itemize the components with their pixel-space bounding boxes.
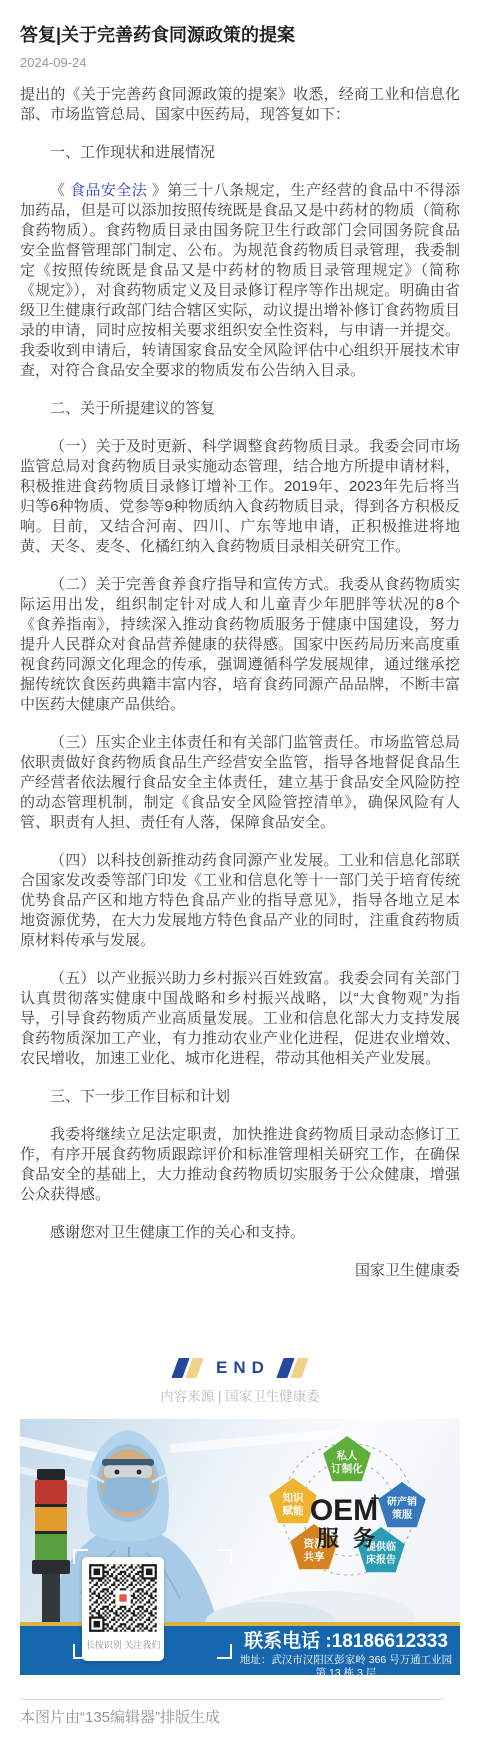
pentagon-badge-3: 研产销 策服 xyxy=(378,1482,426,1527)
content-source: 内容来源 | 国家卫生健康委 xyxy=(20,1388,460,1405)
phone-line: 联系电话 :18186612333 xyxy=(232,1631,460,1653)
address-text: 武汉市汉阳区彭家岭 366 号万通工业园第 13 栋 3 层 xyxy=(271,1654,452,1675)
svg-text:OEM: OEM xyxy=(310,1494,378,1527)
reply-paragraph-5: （五）以产业振兴助力乡村振兴百姓致富。我委会同有关部门认真贯彻落实健康中国战略和… xyxy=(20,969,460,1069)
reply-paragraph-4: （四）以科技创新推动药食同源产业发展。工业和信息化部联合国家发改委等部门印发《工… xyxy=(20,851,460,951)
qr-caption: 长按识别 关注我们 xyxy=(82,1639,164,1651)
oem-service-diagram: 私人 订制化 知识 赋能 研产销 策服 资源 共享 提供临 床报告 xyxy=(253,1421,443,1611)
qr-card: 长按识别 关注我们 xyxy=(82,1557,164,1661)
publish-date: 2024-09-24 xyxy=(20,54,460,71)
food-safety-law-link[interactable]: 食品安全法 xyxy=(70,182,147,199)
svg-text:研产销: 研产销 xyxy=(387,1495,417,1508)
svg-text:+: + xyxy=(371,1490,380,1507)
oem-center-label: OEM + 服 务 xyxy=(310,1490,380,1551)
footer-divider xyxy=(20,1699,444,1700)
end-divider: END xyxy=(20,1357,460,1379)
thanks-paragraph: 感谢您对卫生健康工作的关心和支持。 xyxy=(20,1223,460,1243)
promo-banner-image[interactable]: 私人 订制化 知识 赋能 研产销 策服 资源 共享 提供临 床报告 xyxy=(20,1419,460,1675)
law-paragraph-text: 》第三十八条规定，生产经营的食品中不得添加药品，但是可以添加按照传统既是食品又是… xyxy=(20,182,460,379)
svg-text:私人: 私人 xyxy=(337,1449,358,1462)
reply-paragraph-1: （一）关于及时更新、科学调整食药物质目录。我委会同市场监管总局对食药物质目录实施… xyxy=(20,437,460,557)
section-1-heading: 一、工作现状和进展情况 xyxy=(20,143,460,163)
reply-paragraph-3: （三）压实企业主体责任和有关部门监管责任。市场监管总局依职责做好食药物质食品生产… xyxy=(20,733,460,833)
phone-number: 18186612333 xyxy=(332,1631,448,1652)
law-prefix: 《 xyxy=(50,182,70,199)
svg-text:赋能: 赋能 xyxy=(283,1504,304,1517)
pentagon-badge-1: 私人 订制化 xyxy=(323,1436,371,1481)
page-title: 答复|关于完善药食同源政策的提案 xyxy=(20,24,460,47)
section-2-heading: 二、关于所提建议的答复 xyxy=(20,399,460,419)
intro-paragraph: 提出的《关于完善药食同源政策的提案》收悉，经商工业和信息化部、市场监管总局、国家… xyxy=(20,85,460,125)
svg-text:共享: 共享 xyxy=(304,1550,325,1563)
svg-text:服 务: 服 务 xyxy=(317,1526,379,1551)
address-label: 地址： xyxy=(240,1654,272,1666)
law-paragraph: 《 食品安全法 》第三十八条规定，生产经营的食品中不得添加药品，但是可以添加按照… xyxy=(20,181,460,381)
signature: 国家卫生健康委 xyxy=(20,1261,460,1281)
phone-label: 联系电话 : xyxy=(244,1631,332,1652)
svg-text:床报告: 床报告 xyxy=(366,1553,396,1566)
reply-paragraph-2: （二）关于完善食养食疗指导和宣传方式。我委从食药物质实际运用出发，组织制定针对成… xyxy=(20,575,460,715)
section-3-heading: 三、下一步工作目标和计划 xyxy=(20,1087,460,1107)
svg-text:策服: 策服 xyxy=(392,1508,413,1521)
svg-text:知识: 知识 xyxy=(283,1491,304,1504)
article-page: 答复|关于完善药食同源政策的提案 2024-09-24 提出的《关于完善药食同源… xyxy=(0,0,480,1758)
qr-code xyxy=(87,1562,159,1634)
end-label: END xyxy=(216,1357,270,1379)
closing-paragraph: 我委将继续立足法定职责，加快推进食药物质目录动态修订工作，有序开展食药物质跟踪评… xyxy=(20,1125,460,1205)
svg-text:订制化: 订制化 xyxy=(331,1462,363,1475)
editor-credit-note: 本图片由“135编辑器”排版生成 xyxy=(20,1708,460,1728)
address-line: 地址：武汉市汉阳区彭家岭 366 号万通工业园第 13 栋 3 层 xyxy=(232,1654,460,1675)
